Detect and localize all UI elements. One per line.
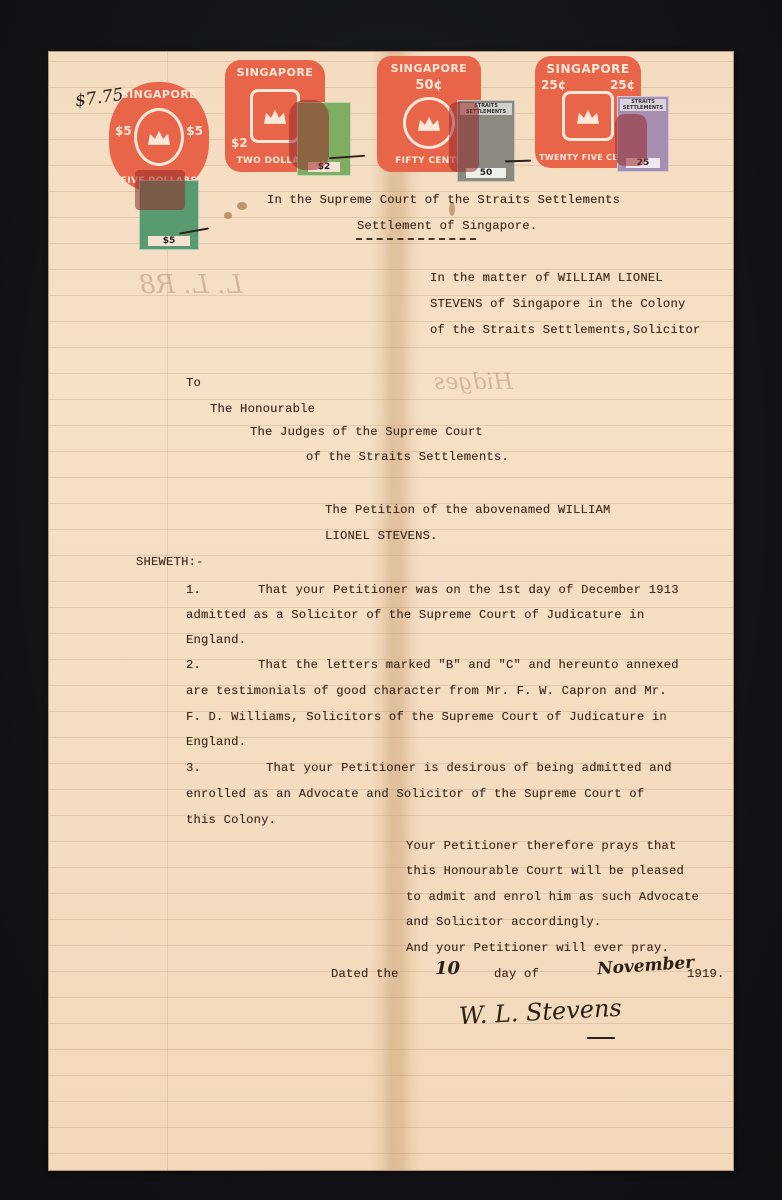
paragraph-2-line2: are testimonials of good character from … [186,684,667,698]
paragraph-3-line3: this Colony. [186,813,276,827]
adhesive-header: STRAITS SETTLEMENTS [620,99,666,111]
paragraph-2-line4: England. [186,735,246,749]
cancellation-mark [449,102,479,172]
heading-underline [356,238,476,240]
paragraph-3-line1: That your Petitioner is desirous of bein… [266,761,672,775]
dated-middle: day of [494,967,539,981]
paragraph-3-number: 3. [186,761,201,775]
paragraph-1-line2: admitted as a Solicitor of the Supreme C… [186,608,644,622]
stamp-value: 25¢ [541,78,566,92]
sheweth-label: SHEWETH:- [136,555,204,569]
document-viewer-frame: L. L. R8 Hidges $7.75 SINGAPORE $5 $5 FI… [0,0,782,1200]
paragraph-2-line3: F. D. Williams, Solicitors of the Suprem… [186,710,667,724]
petition-intro-line2: LIONEL STEVENS. [325,529,438,543]
crown-icon [575,108,601,126]
stamp-value: $5 [115,124,132,138]
crown-icon [416,115,442,133]
cancellation-mark [615,114,647,166]
dated-year: 1919. [687,967,725,981]
paragraph-1-line3: England. [186,633,246,647]
signature: W. L. Stevens [458,994,622,1030]
stain [224,212,232,219]
stamp-country: SINGAPORE [109,88,209,101]
prayer-line3: to admit and enrol him as such Advocate [406,890,699,904]
court-heading-line1: In the Supreme Court of the Straits Sett… [267,193,620,207]
petition-paper: L. L. R8 Hidges $7.75 SINGAPORE $5 $5 FI… [49,52,733,1170]
cancellation-mark [289,100,329,170]
addressee-line1: The Honourable [210,402,315,416]
dated-prefix: Dated the [331,967,399,981]
dated-month-handwritten: November [596,953,694,980]
crown-icon [146,129,172,147]
addressee-to: To [186,376,201,390]
stamp-value: $5 [186,124,203,138]
prayer-line4: and Solicitor accordingly. [406,915,601,929]
addressee-line3: of the Straits Settlements. [306,450,509,464]
adhesive-value: $5 [148,236,190,246]
matter-line1: In the matter of WILLIAM LIONEL [430,271,663,285]
bleed-through-marks: L. L. R8 [139,270,243,300]
paragraph-3-line2: enrolled as an Advocate and Solicitor of… [186,787,644,801]
stamp-value: 25¢ [610,78,635,92]
court-heading-line2: Settlement of Singapore. [357,219,537,233]
crown-emblem [562,91,614,141]
cancellation-mark [135,170,185,210]
paragraph-2-number: 2. [186,658,201,672]
crown-icon [262,108,288,126]
stamp-value: $2 [231,136,248,150]
stamp-value: 50¢ [377,78,481,93]
prayer-line1: Your Petitioner therefore prays that [406,839,677,853]
paragraph-1-line1: That your Petitioner was on the 1st day … [258,583,679,597]
stain [237,202,247,210]
paragraph-2-line1: That the letters marked "B" and "C" and … [258,658,679,672]
paragraph-1-number: 1. [186,583,201,597]
addressee-line2: The Judges of the Supreme Court [250,425,483,439]
prayer-line2: this Honourable Court will be pleased [406,864,684,878]
matter-line2: STEVENS of Singapore in the Colony [430,297,685,311]
cancel-stroke [505,160,531,163]
matter-line3: of the Straits Settlements,Solicitor [430,323,701,337]
bleed-through-marks: Hidges [434,370,513,395]
stamp-country: SINGAPORE [535,62,641,76]
stamp-country: SINGAPORE [225,66,325,79]
signature-underline [587,1037,615,1039]
crown-emblem [403,97,455,149]
prayer-line5: And your Petitioner will ever pray. [406,941,669,955]
dated-day-handwritten: 10 [435,958,460,979]
crown-emblem [134,108,184,166]
petition-intro-line1: The Petition of the abovenamed WILLIAM [325,503,611,517]
stamp-country: SINGAPORE [377,62,481,75]
